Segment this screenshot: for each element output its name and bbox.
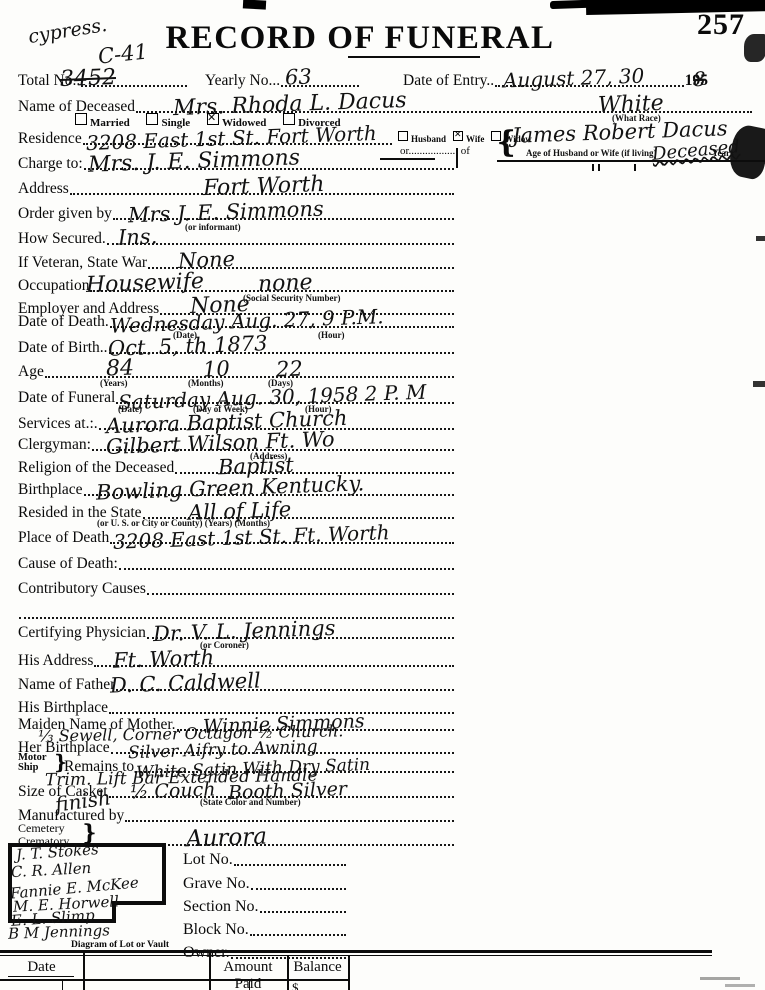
dotted-line [147,593,454,595]
corner-note-c41: C-41 [97,41,149,67]
dotted-line [234,864,346,866]
field-residence: Residence 3208 East 1st St. Fort Worth [18,128,393,148]
field-lot-no: Lot No. [183,849,347,869]
signature-2: C. R. Allen [11,861,92,880]
field-religion: Religion of the Deceased Baptist [18,457,455,477]
checkbox-husband [398,131,408,141]
ledger-header-amount-paid: Amount Paid [209,959,287,990]
dotted-line [119,568,454,570]
corner-note-cypress: cypress. [27,16,108,47]
diagram-caption: Diagram of Lot or Vault [45,940,195,950]
ledger-vline-1 [83,951,85,990]
yearly-no-value: 63 [285,67,312,89]
ledger-vline-4 [348,955,350,990]
field-grave-no: Grave No. [183,873,347,893]
place-of-death-value: 3208 East 1st St. Ft. Worth [113,522,390,552]
clergyman-value: Gilbert Wilson Ft. Wo [106,429,335,458]
spouse-tick-3 [634,164,636,171]
title-underline [348,56,480,58]
ledger-row-vline-b [249,981,250,990]
ledger-header-balance: Balance [287,959,348,976]
ledger-top-rule-thick [0,950,712,953]
funeral-record-scan: 257 RECORD OF FUNERAL cypress. C-41 Tota… [0,0,765,990]
checkbox-married [75,113,87,125]
his-address-value: Ft. Worth [113,647,215,672]
field-address: Address Fort Worth [18,178,455,198]
diagram-box-right [162,843,166,905]
spouse-tick-1 [592,164,594,171]
how-secured-value: Ins. [118,226,158,248]
ledger-vline-3 [287,955,289,990]
field-birthplace: Birthplace Bowling Green Kentucky. [18,479,455,499]
dotted-line [107,243,454,245]
spouse-age-caption: Age of Husband or Wife (if living) [526,148,657,158]
field-section-no: Section No. [183,896,347,916]
page-number: 257 [697,8,745,42]
checkbox-wife [453,131,463,141]
remains-to-stack-label: Motor Ship [18,753,47,773]
scan-speck-right-2 [753,381,765,387]
dotted-line [260,911,346,913]
field-his-address: His Address Ft. Worth [18,650,455,670]
ledger-header-date: Date [0,959,83,976]
scan-noise-bottom-right [700,977,740,980]
ledger-row-vline-a [62,981,63,990]
dotted-line [251,888,346,890]
field-date-of-entry: Date of Entry.. 195 August 27, 30 8 [403,70,708,90]
scan-blob-right-1 [744,34,765,62]
occupation-value: Housewife [86,271,205,297]
checkbox-widowed [207,113,219,125]
field-date-of-birth: Date of Birth.. Oct. 5, th 1873 [18,337,455,357]
field-place-of-death: Place of Death 3208 East 1st St. Ft. Wor… [18,527,455,547]
diagram-box-bottom-right [115,901,166,905]
dotted-line [250,934,346,936]
checkbox-wife-label: Wife [466,134,484,144]
ledger-top-rule-thin [0,955,712,956]
field-certifying-physician: Certifying Physician Dr. V. L. Jennings [18,622,455,642]
field-contributory-causes: Contributory Causes [18,578,455,598]
charge-bracket [456,148,458,168]
field-charge-to: Charge to: Mrs. J. E. Simmons [18,153,455,173]
checkbox-husband-label: Husband [411,134,446,144]
scan-speck-right-1 [756,236,765,241]
ship-label: Ship [18,763,47,773]
charge-to-value: Mrs. J. E. Simmons [88,147,301,176]
field-total-no: Total No.. 3452 [18,70,188,90]
date-of-entry-year-hw: 8 [693,69,706,89]
field-order-given-by: Order given by Mrs J. E. Simmons [18,203,455,223]
checkbox-single [146,113,158,125]
field-block-no: Block No. [183,919,347,939]
signature-6: B M Jennings [8,923,110,942]
name-of-father-value: D. C. Caldwell [110,670,261,696]
field-clergyman: Clergyman: Gilbert Wilson Ft. Wo [18,434,455,454]
field-date-of-death: Date of Death. Wednesday Aug. 27, 9 P.M. [18,311,455,331]
spouse-tick-2 [598,164,600,171]
cemetery-value: Aurora [186,826,268,852]
ledger-date-underline [8,976,74,977]
date-of-entry-value: August 27, 30 [503,66,645,91]
field-age: Age 84 10 22 [18,361,455,381]
field-yearly-no: Yearly No... 63 [205,70,360,90]
scan-noise-bottom-right-2 [725,984,755,987]
field-veteran: If Veteran, State War None [18,252,455,272]
total-no-value: 3452 [60,67,117,91]
spouse-rule [497,160,765,162]
field-name-of-father: Name of Father D. C. Caldwell [18,674,455,694]
dotted-line [125,820,454,822]
ledger-vline-2 [209,951,211,990]
scan-smudge-top-left [243,0,266,10]
form-title: RECORD OF FUNERAL [140,20,580,57]
field-how-secured: How Secured. Ins. [18,228,455,248]
ledger-currency-symbol: $ [292,980,299,990]
field-cause-of-death: Cause of Death: [18,553,455,573]
